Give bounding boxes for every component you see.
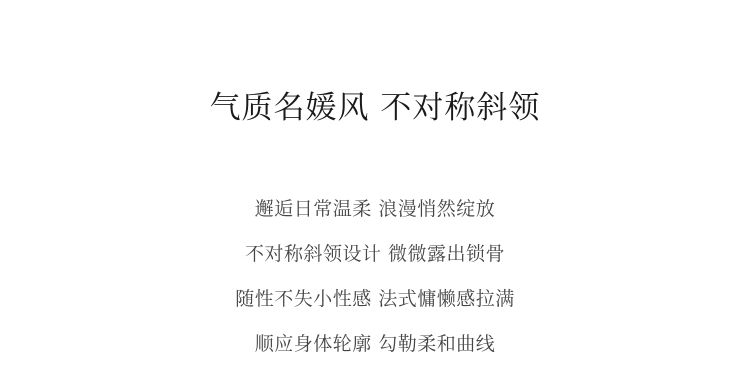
page-title: 气质名媛风 不对称斜领 [0,88,750,128]
description-line: 随性不失小性感 法式慵懒感拉满 [0,277,750,322]
description-line: 顺应身体轮廓 勾勒柔和曲线 [0,322,750,367]
product-description-section: 气质名媛风 不对称斜领 邂逅日常温柔 浪漫悄然绽放 不对称斜领设计 微微露出锁骨… [0,0,750,370]
description-text-block: 邂逅日常温柔 浪漫悄然绽放 不对称斜领设计 微微露出锁骨 随性不失小性感 法式慵… [0,187,750,367]
description-line: 邂逅日常温柔 浪漫悄然绽放 [0,187,750,232]
description-line: 不对称斜领设计 微微露出锁骨 [0,232,750,277]
